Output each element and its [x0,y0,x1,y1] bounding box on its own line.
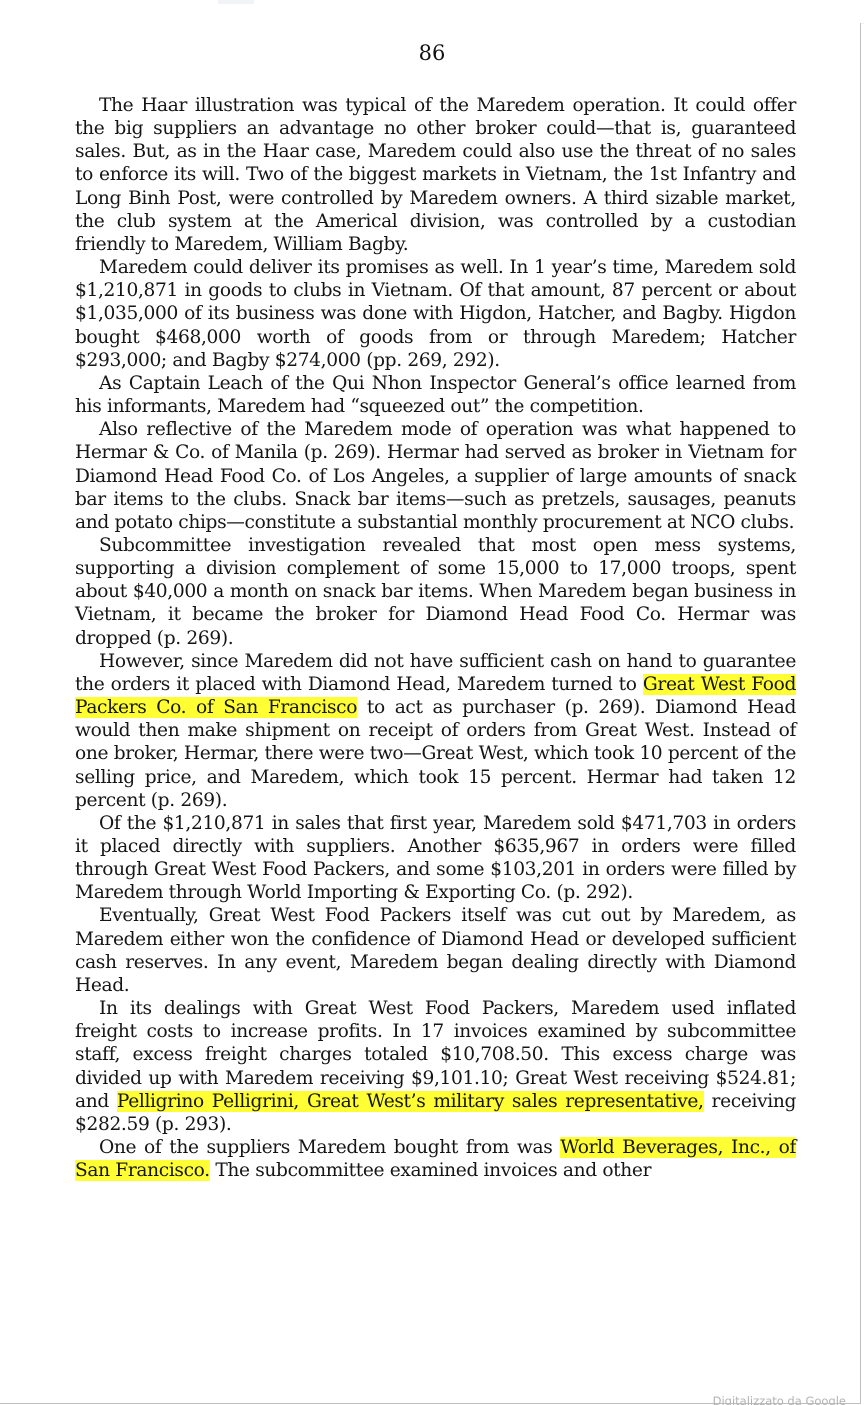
paragraph: However, since Maredem did not have suff… [75,650,796,812]
document-page: 86 The Haar illustration was typical of … [0,23,861,1404]
google-digitization-watermark: Digitalizzato da Google [713,1394,846,1405]
paragraph: One of the suppliers Maredem bought from… [75,1136,796,1182]
text-segment: One of the suppliers Maredem bought from… [99,1137,560,1158]
text-segment: Also reflective of the Maredem mode of o… [75,419,796,533]
text-segment: The subcommittee examined invoices and o… [210,1160,651,1181]
paragraph: The Haar illustration was typical of the… [75,94,796,256]
text-segment: Maredem could deliver its promises as we… [75,257,796,371]
paragraph: Also reflective of the Maredem mode of o… [75,418,796,534]
text-segment: As Captain Leach of the Qui Nhon Inspect… [75,373,796,417]
paragraph: As Captain Leach of the Qui Nhon Inspect… [75,372,796,418]
viewer-top-bar [0,0,864,24]
page-number: 86 [0,41,864,65]
paragraph: In its dealings with Great West Food Pac… [75,997,796,1136]
text-segment: Of the $1,210,871 in sales that first ye… [75,813,796,903]
paragraph: Maredem could deliver its promises as we… [75,256,796,372]
paragraph: Eventually, Great West Food Packers itse… [75,904,796,997]
paragraph: Subcommittee investigation revealed that… [75,534,796,650]
text-segment: Eventually, Great West Food Packers itse… [75,905,796,995]
text-segment: The Haar illustration was typical of the… [75,95,796,255]
paragraph: Of the $1,210,871 in sales that first ye… [75,812,796,905]
viewer-tab-indicator [218,0,254,4]
body-text: The Haar illustration was typical of the… [75,94,796,1182]
text-segment: Subcommittee investigation revealed that… [75,535,796,649]
highlighted-text: Pelligrino Pelligrini, Great West’s mili… [117,1091,704,1112]
